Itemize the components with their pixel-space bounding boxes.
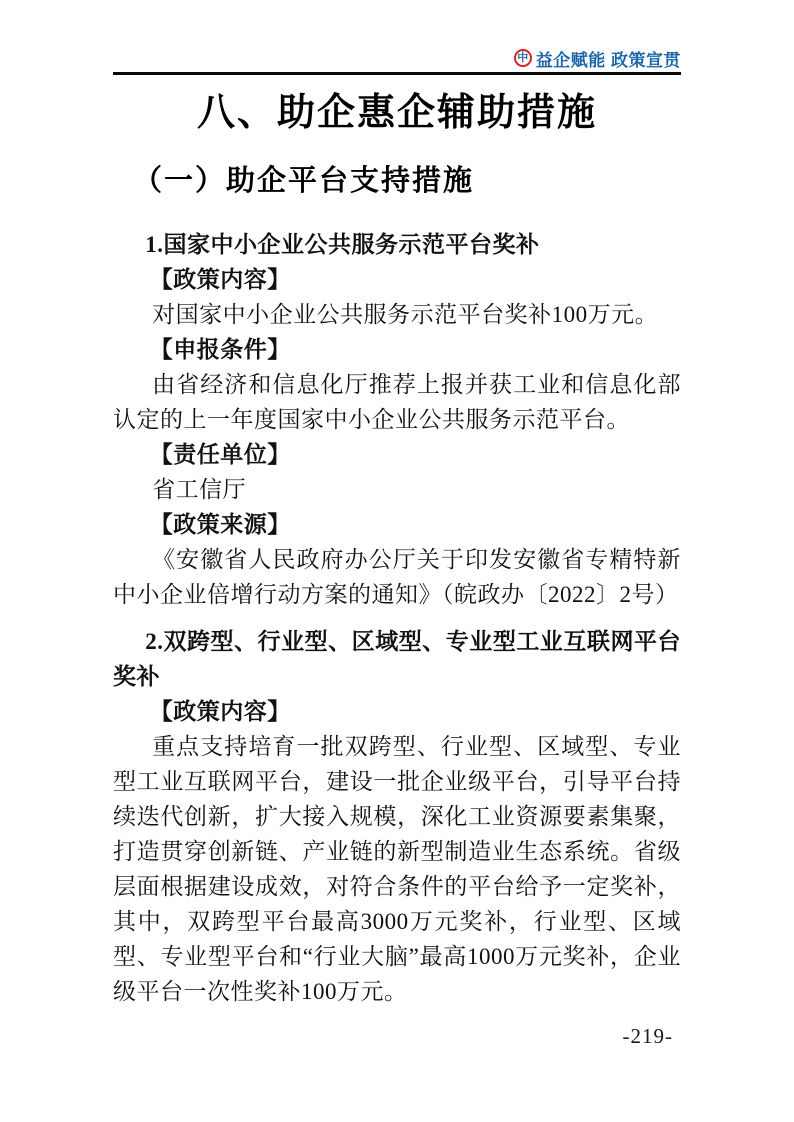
brand-logo-glyph: 中	[517, 53, 528, 64]
responsible-unit-text: 省工信厅	[113, 472, 681, 507]
brand-text: 益企赋能 政策宣贯	[536, 46, 681, 71]
page-number: -219-	[623, 1024, 674, 1048]
policy-item-heading: 1.国家中小企业公共服务示范平台奖补	[113, 227, 681, 262]
application-conditions-label: 【申报条件】	[113, 332, 681, 367]
policy-content-text: 对国家中小企业公共服务示范平台奖补100万元。	[113, 297, 681, 332]
section-heading: （一）助企平台支持措施	[113, 161, 681, 201]
policy-item-1: 1.国家中小企业公共服务示范平台奖补 【政策内容】 对国家中小企业公共服务示范平…	[113, 227, 681, 612]
document-page: 中 益企赋能 政策宣贯 八、助企惠企辅助措施 （一）助企平台支持措施 1.国家中…	[0, 0, 794, 1122]
header-rule-divider	[113, 72, 681, 75]
page-header: 中 益企赋能 政策宣贯	[113, 0, 681, 75]
policy-content-label: 【政策内容】	[113, 262, 681, 297]
policy-content-text: 重点支持培育一批双跨型、行业型、区域型、专业型工业互联网平台，建设一批企业级平台…	[113, 729, 681, 1009]
policy-source-label: 【政策来源】	[113, 507, 681, 542]
page-title: 八、助企惠企辅助措施	[113, 91, 681, 135]
policy-content-label: 【政策内容】	[113, 694, 681, 729]
brand-logo-icon: 中	[514, 49, 532, 67]
responsible-unit-label: 【责任单位】	[113, 437, 681, 472]
application-conditions-text: 由省经济和信息化厅推荐上报并获工业和信息化部认定的上一年度国家中小企业公共服务示…	[113, 367, 681, 437]
brand-row: 中 益企赋能 政策宣贯	[113, 46, 681, 70]
policy-source-text: 《安徽省人民政府办公厅关于印发安徽省专精特新中小企业倍增行动方案的通知》（皖政办…	[113, 542, 681, 612]
policy-item-heading: 2.双跨型、行业型、区域型、专业型工业互联网平台奖补	[113, 624, 681, 694]
policy-item-2: 2.双跨型、行业型、区域型、专业型工业互联网平台奖补 【政策内容】 重点支持培育…	[113, 624, 681, 1009]
